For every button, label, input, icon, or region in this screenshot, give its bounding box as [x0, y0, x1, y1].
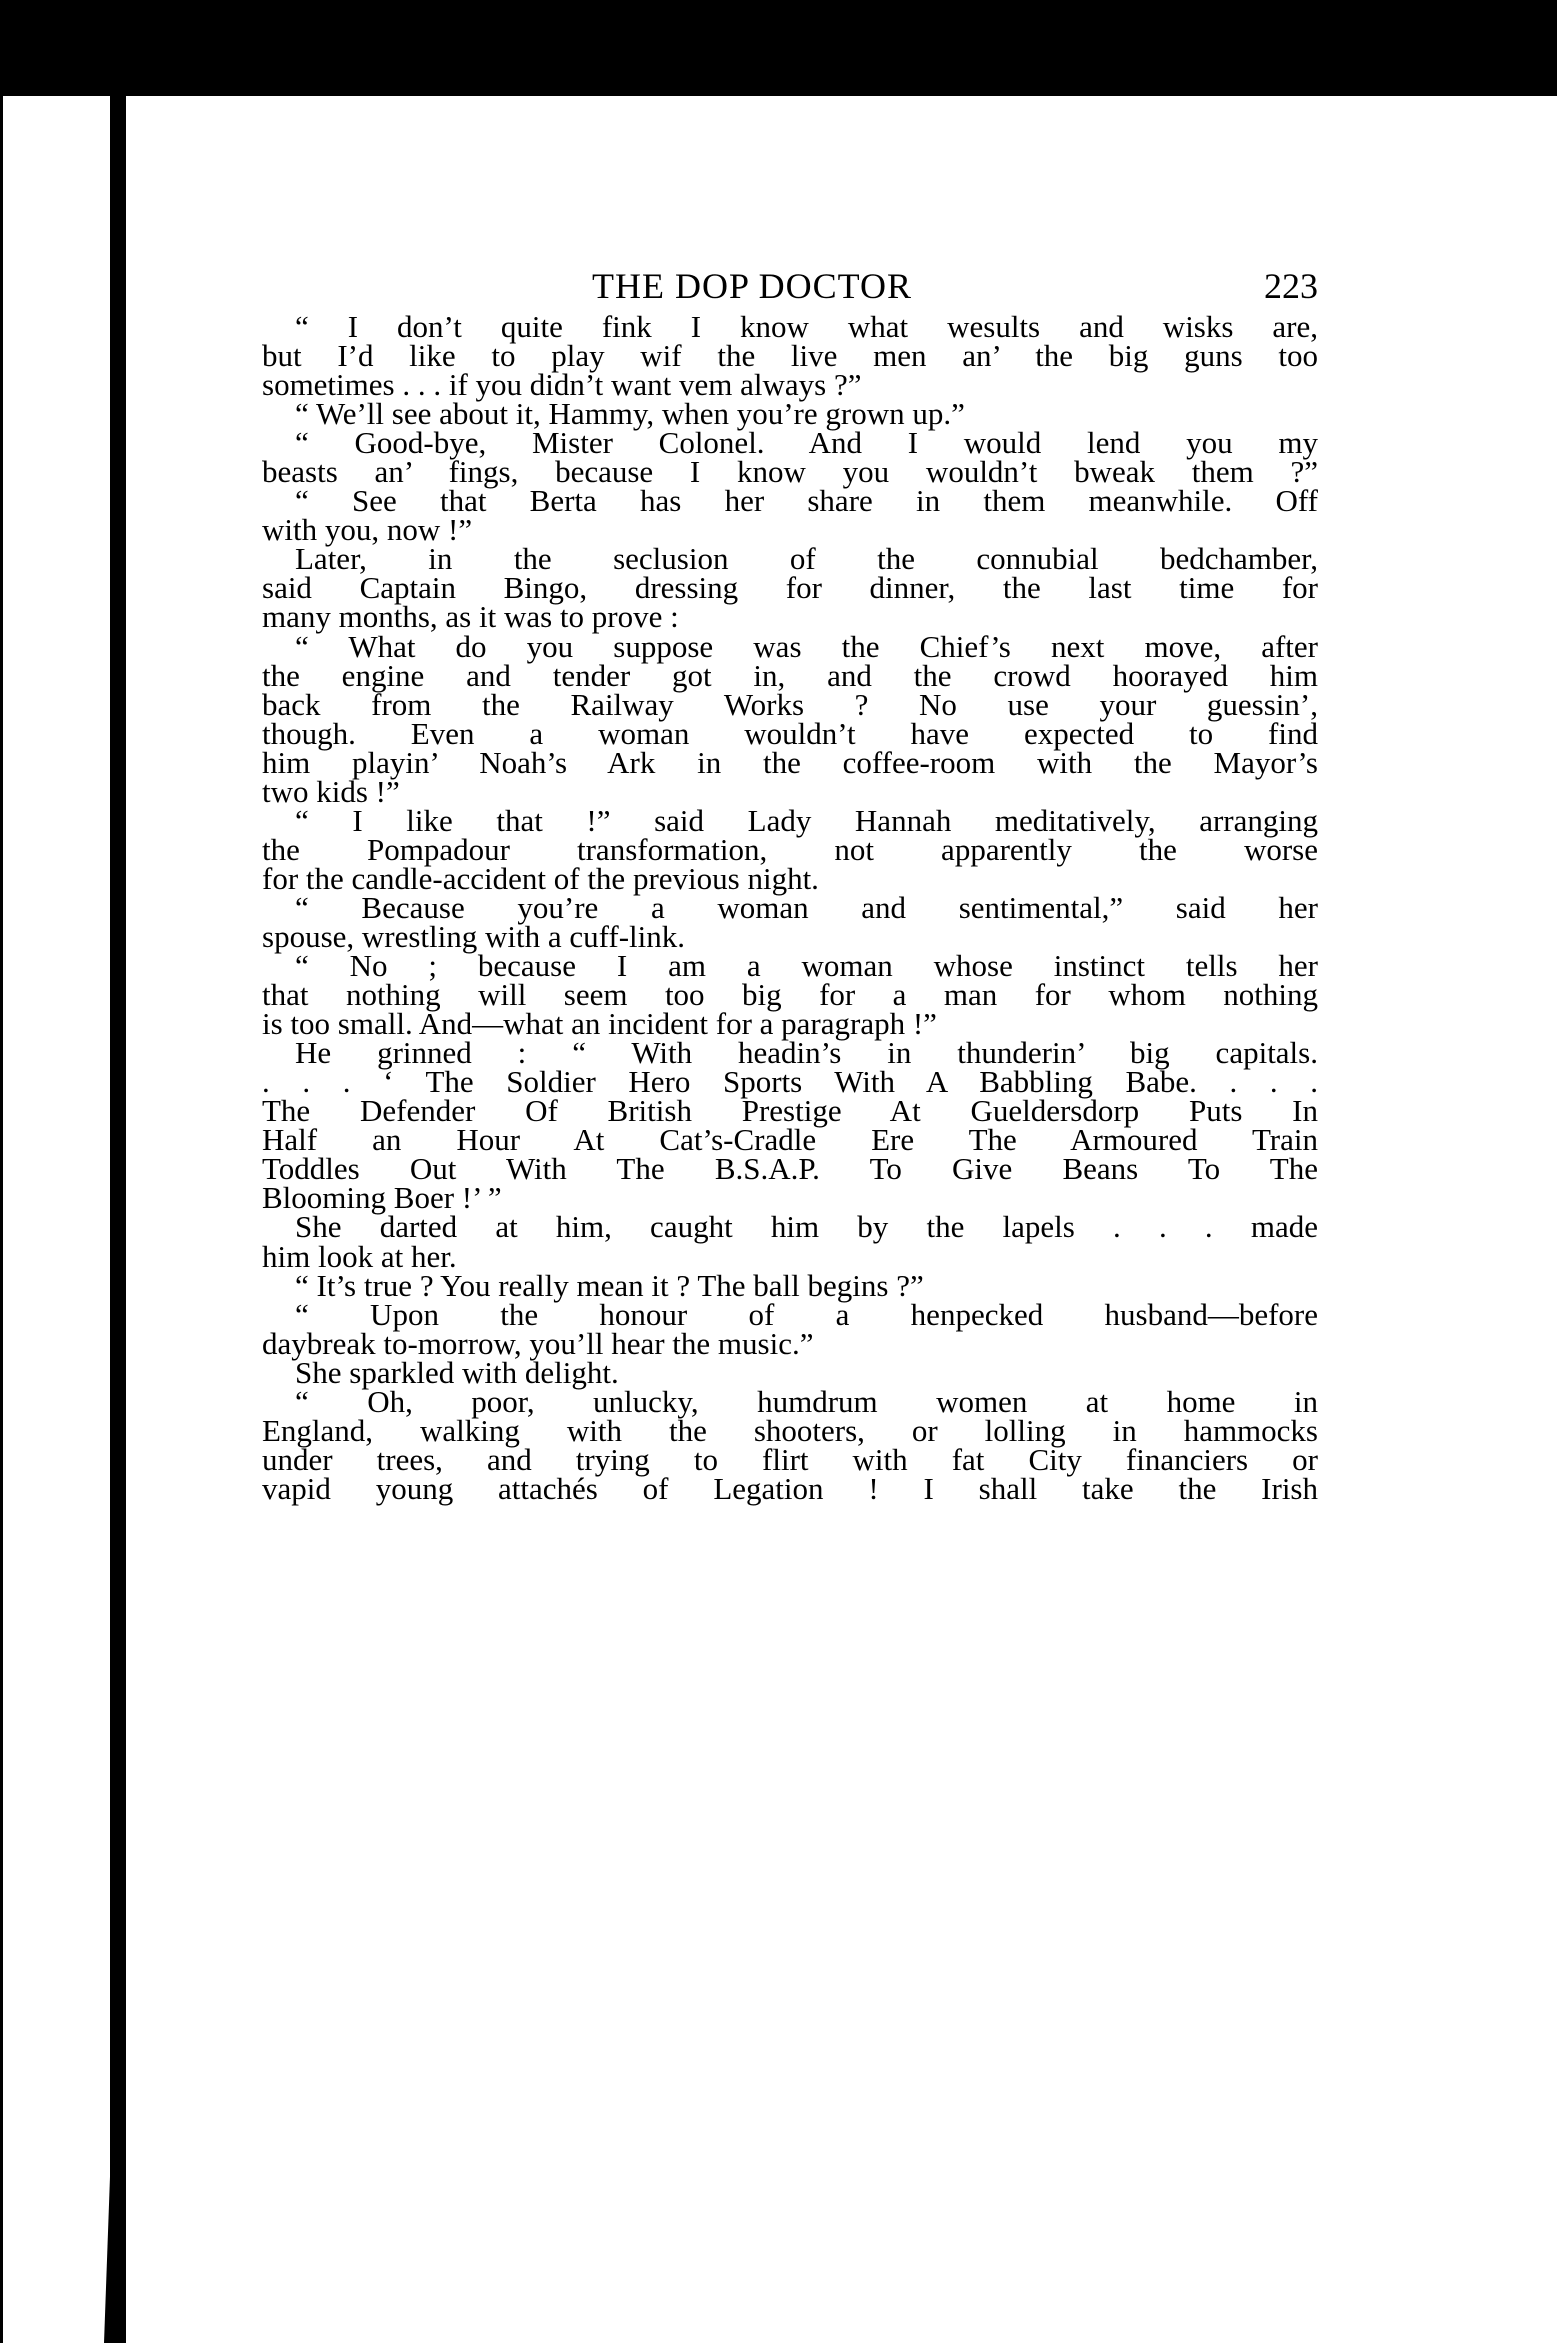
- text-line: the engine and tender got in, and the cr…: [262, 661, 1318, 690]
- text-line: “ Because you’re a woman and sentimental…: [262, 893, 1318, 922]
- text-line: . . . ‘ The Soldier Hero Sports With A B…: [262, 1067, 1318, 1096]
- text-line: with you, now !”: [262, 515, 1318, 544]
- text-line: sometimes . . . if you didn’t want vem a…: [262, 370, 1318, 399]
- running-head: THE DOP DOCTOR 223: [262, 266, 1318, 306]
- page-number: 223: [1264, 266, 1318, 306]
- text-line: vapid young attachés of Legation ! I sha…: [262, 1474, 1318, 1503]
- text-line: beasts an’ fings, because I know you wou…: [262, 457, 1318, 486]
- text-line: “ Good-bye, Mister Colonel. And I would …: [262, 428, 1318, 457]
- text-line: “ Oh, poor, unlucky, humdrum women at ho…: [262, 1387, 1318, 1416]
- text-line: Half an Hour At Cat’s-Cradle Ere The Arm…: [262, 1125, 1318, 1154]
- text-line: daybreak to-morrow, you’ll hear the musi…: [262, 1329, 1318, 1358]
- text-line: the Pompadour transformation, not appare…: [262, 835, 1318, 864]
- text-line: “ No ; because I am a woman whose instin…: [262, 951, 1318, 980]
- text-line: him playin’ Noah’s Ark in the coffee-roo…: [262, 748, 1318, 777]
- text-line: that nothing will seem too big for a man…: [262, 980, 1318, 1009]
- text-line: Toddles Out With The B.S.A.P. To Give Be…: [262, 1154, 1318, 1183]
- text-line: many months, as it was to prove :: [262, 602, 1318, 631]
- text-line: She sparkled with delight.: [262, 1358, 1318, 1387]
- text-line: She darted at him, caught him by the lap…: [262, 1212, 1318, 1241]
- text-line: “ It’s true ? You really mean it ? The b…: [262, 1271, 1318, 1300]
- running-title: THE DOP DOCTOR: [592, 266, 912, 306]
- text-line: him look at her.: [262, 1242, 1318, 1271]
- book-gutter-shadow: [110, 96, 126, 2343]
- text-line: “ See that Berta has her share in them m…: [262, 486, 1318, 515]
- scan-left-edge-line: [0, 96, 3, 2343]
- text-line: back from the Railway Works ? No use you…: [262, 690, 1318, 719]
- text-line: for the candle-accident of the previous …: [262, 864, 1318, 893]
- text-line: “ What do you suppose was the Chief’s ne…: [262, 632, 1318, 661]
- text-line: under trees, and trying to flirt with fa…: [262, 1445, 1318, 1474]
- book-gutter-shadow-bottom: [104, 2160, 126, 2343]
- text-line: two kids !”: [262, 777, 1318, 806]
- text-line: “ I like that !” said Lady Hannah medita…: [262, 806, 1318, 835]
- text-line: is too small. And—what an incident for a…: [262, 1009, 1318, 1038]
- text-line: He grinned : “ With headin’s in thunderi…: [262, 1038, 1318, 1067]
- text-line: though. Even a woman wouldn’t have expec…: [262, 719, 1318, 748]
- body-text: “ I don’t quite fink I know what wesults…: [262, 312, 1318, 1503]
- text-line: spouse, wrestling with a cuff-link.: [262, 922, 1318, 951]
- scan-top-border: [0, 0, 1557, 96]
- text-line: England, walking with the shooters, or l…: [262, 1416, 1318, 1445]
- text-line: “ We’ll see about it, Hammy, when you’re…: [262, 399, 1318, 428]
- text-line: The Defender Of British Prestige At Guel…: [262, 1096, 1318, 1125]
- text-line: said Captain Bingo, dressing for dinner,…: [262, 573, 1318, 602]
- text-line: Later, in the seclusion of the connubial…: [262, 544, 1318, 573]
- text-line: but I’d like to play wif the live men an…: [262, 341, 1318, 370]
- text-line: “ I don’t quite fink I know what wesults…: [262, 312, 1318, 341]
- text-line: “ Upon the honour of a henpecked husband…: [262, 1300, 1318, 1329]
- text-line: Blooming Boer !’ ”: [262, 1183, 1318, 1212]
